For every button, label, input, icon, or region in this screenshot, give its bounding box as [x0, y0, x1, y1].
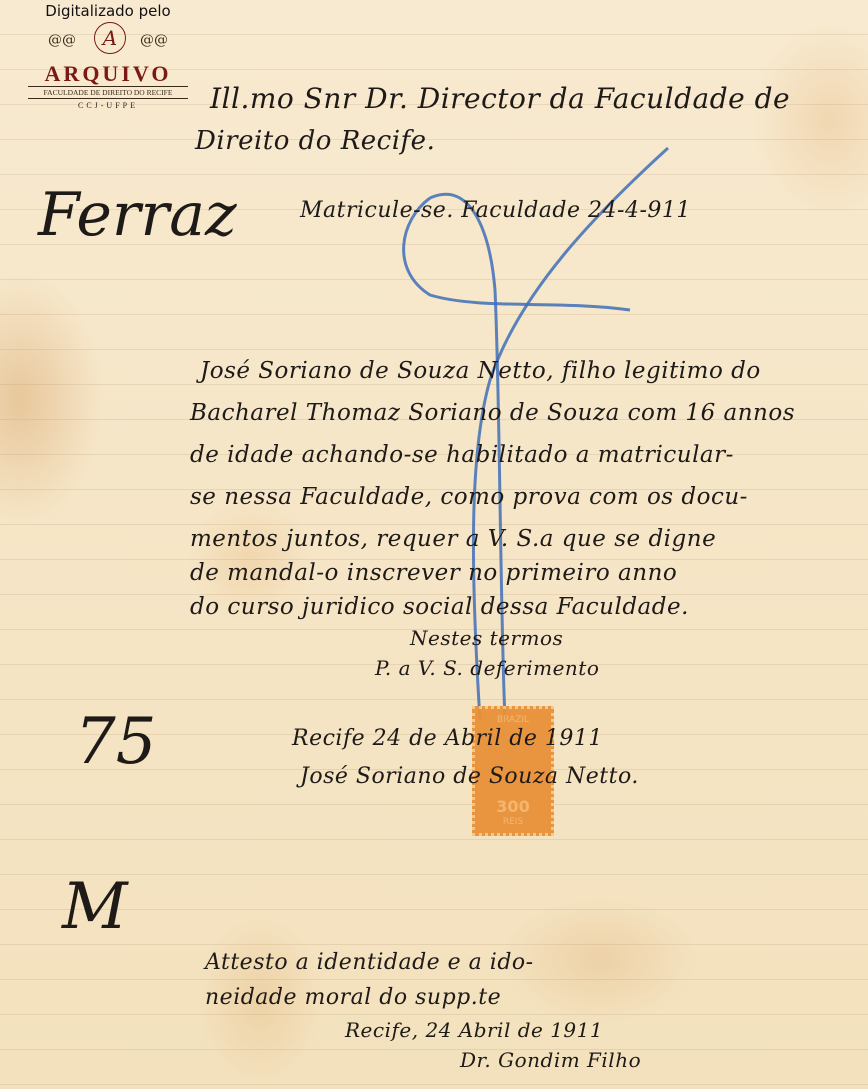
closing-line-2: P. a V. S. deferimento	[375, 656, 599, 680]
body-line: de idade achando-se habilitado a matricu…	[190, 442, 734, 468]
body-line: de mandal-o inscrever no primeiro anno	[190, 560, 677, 586]
salutation-line-1: Ill.mo Snr Dr. Director da Faculdade de	[210, 82, 790, 115]
body-line: do curso juridico social dessa Faculdade…	[190, 594, 689, 620]
stamp-country: BRAZIL	[475, 715, 551, 725]
body-line: José Soriano de Souza Netto, filho legit…	[200, 358, 761, 384]
place-date: Recife 24 de Abril de 1911	[292, 726, 603, 751]
body-line: se nessa Faculdade, como prova com os do…	[190, 484, 748, 510]
margin-initial: M	[62, 870, 128, 944]
attestation-signature: Dr. Gondim Filho	[460, 1048, 641, 1072]
attestation-line-1: Attesto a identidade e a ido-	[205, 950, 534, 975]
salutation-line-2: Direito do Recife.	[195, 126, 435, 156]
margin-number: 75	[75, 705, 156, 779]
body-line: mentos juntos, requer a V. S.a que se di…	[190, 526, 716, 552]
closing-line-1: Nestes termos	[410, 626, 563, 650]
attestation-date: Recife, 24 Abril de 1911	[345, 1018, 603, 1042]
stamp-unit: REIS	[475, 817, 551, 827]
applicant-signature: José Soriano de Souza Netto.	[300, 764, 639, 789]
dispatch-note: Matricule-se. Faculdade 24-4-911	[300, 198, 691, 223]
stamp-value: 300	[475, 797, 551, 816]
body-line: Bacharel Thomaz Soriano de Souza com 16 …	[190, 400, 795, 426]
attestation-line-2: neidade moral do supp.te	[205, 985, 501, 1010]
margin-signature-top: Ferraz	[38, 180, 237, 250]
